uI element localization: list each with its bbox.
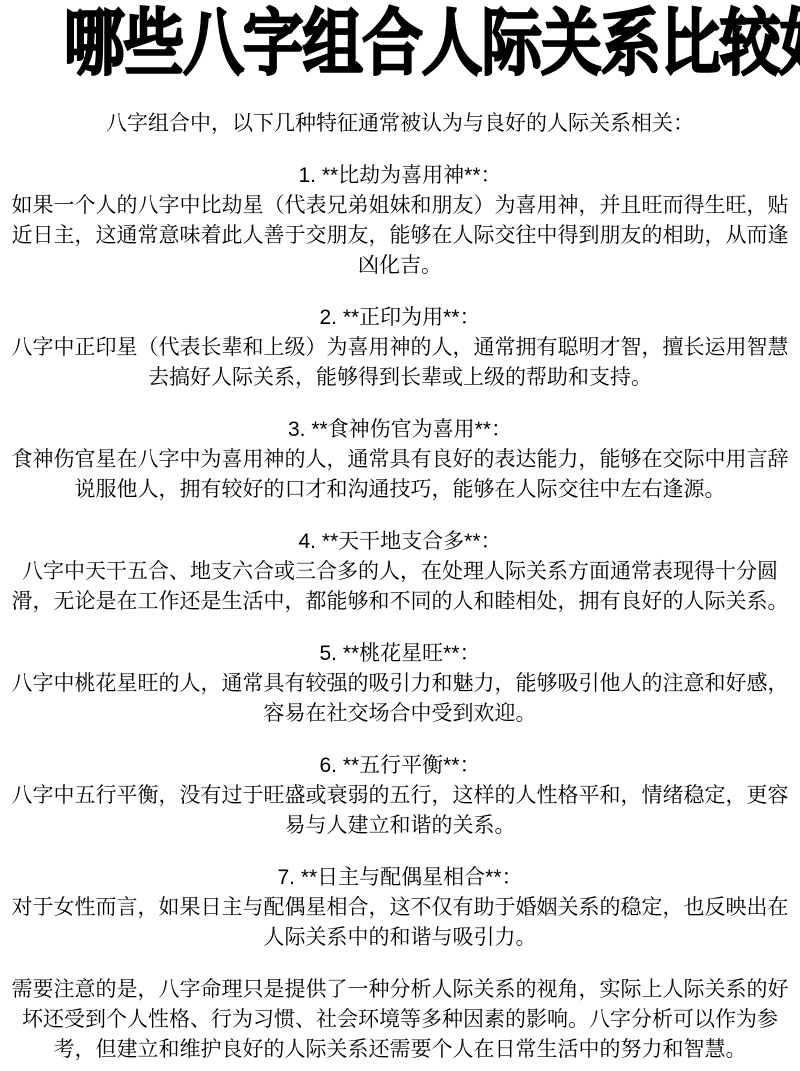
closing-paragraph: 需要注意的是，八字命理只是提供了一种分析人际关系的视角，实际上人际关系的好坏还受… — [0, 975, 800, 1065]
section-bijie: 1. **比劫为喜用神**： 如果一个人的八字中比劫星（代表兄弟姐妹和朋友）为喜… — [0, 161, 800, 281]
section-rizhu-peiou: 7. **日主与配偶星相合**： 对于女性而言，如果日主与配偶星相合，这不仅有助… — [0, 863, 800, 953]
section-body: 八字中正印星（代表长辈和上级）为喜用神的人，通常拥有聪明才智，擅长运用智慧去搞好… — [0, 333, 800, 393]
section-wuxing: 6. **五行平衡**： 八字中五行平衡，没有过于旺盛或衰弱的五行，这样的人性格… — [0, 751, 800, 841]
section-body: 八字中桃花星旺的人，通常具有较强的吸引力和魅力，能够吸引他人的注意和好感，容易在… — [0, 669, 800, 729]
section-body: 八字中五行平衡，没有过于旺盛或衰弱的五行，这样的人性格平和，情绪稳定，更容易与人… — [0, 781, 800, 841]
section-body: 如果一个人的八字中比劫星（代表兄弟姐妹和朋友）为喜用神，并且旺而得生旺，贴近日主… — [0, 191, 800, 281]
section-heading: 4. **天干地支合多**： — [0, 527, 800, 557]
section-tiangan-dizhi: 4. **天干地支合多**： 八字中天干五合、地支六合或三合多的人，在处理人际关… — [0, 527, 800, 617]
section-taohua: 5. **桃花星旺**： 八字中桃花星旺的人，通常具有较强的吸引力和魅力，能够吸… — [0, 639, 800, 729]
section-body: 八字中天干五合、地支六合或三合多的人，在处理人际关系方面通常表现得十分圆滑，无论… — [0, 557, 800, 617]
section-body: 食神伤官星在八字中为喜用神的人，通常具有良好的表达能力，能够在交际中用言辞说服他… — [0, 445, 800, 505]
section-heading: 6. **五行平衡**： — [0, 751, 800, 781]
section-heading: 7. **日主与配偶星相合**： — [0, 863, 800, 893]
section-shishen-shangguan: 3. **食神伤官为喜用**： 食神伤官星在八字中为喜用神的人，通常具有良好的表… — [0, 415, 800, 505]
page-title: 哪些八字组合人际关系比较好 — [64, 0, 736, 85]
section-zhengyin: 2. **正印为用**： 八字中正印星（代表长辈和上级）为喜用神的人，通常拥有聪… — [0, 303, 800, 393]
section-heading: 5. **桃花星旺**： — [0, 639, 800, 669]
section-body: 对于女性而言，如果日主与配偶星相合，这不仅有助于婚姻关系的稳定，也反映出在人际关… — [0, 893, 800, 953]
article-page: 哪些八字组合人际关系比较好 八字组合中，以下几种特征通常被认为与良好的人际关系相… — [0, 0, 800, 1071]
section-heading: 3. **食神伤官为喜用**： — [0, 415, 800, 445]
section-heading: 1. **比劫为喜用神**： — [0, 161, 800, 191]
intro-paragraph: 八字组合中，以下几种特征通常被认为与良好的人际关系相关： — [0, 109, 800, 139]
section-heading: 2. **正印为用**： — [0, 303, 800, 333]
